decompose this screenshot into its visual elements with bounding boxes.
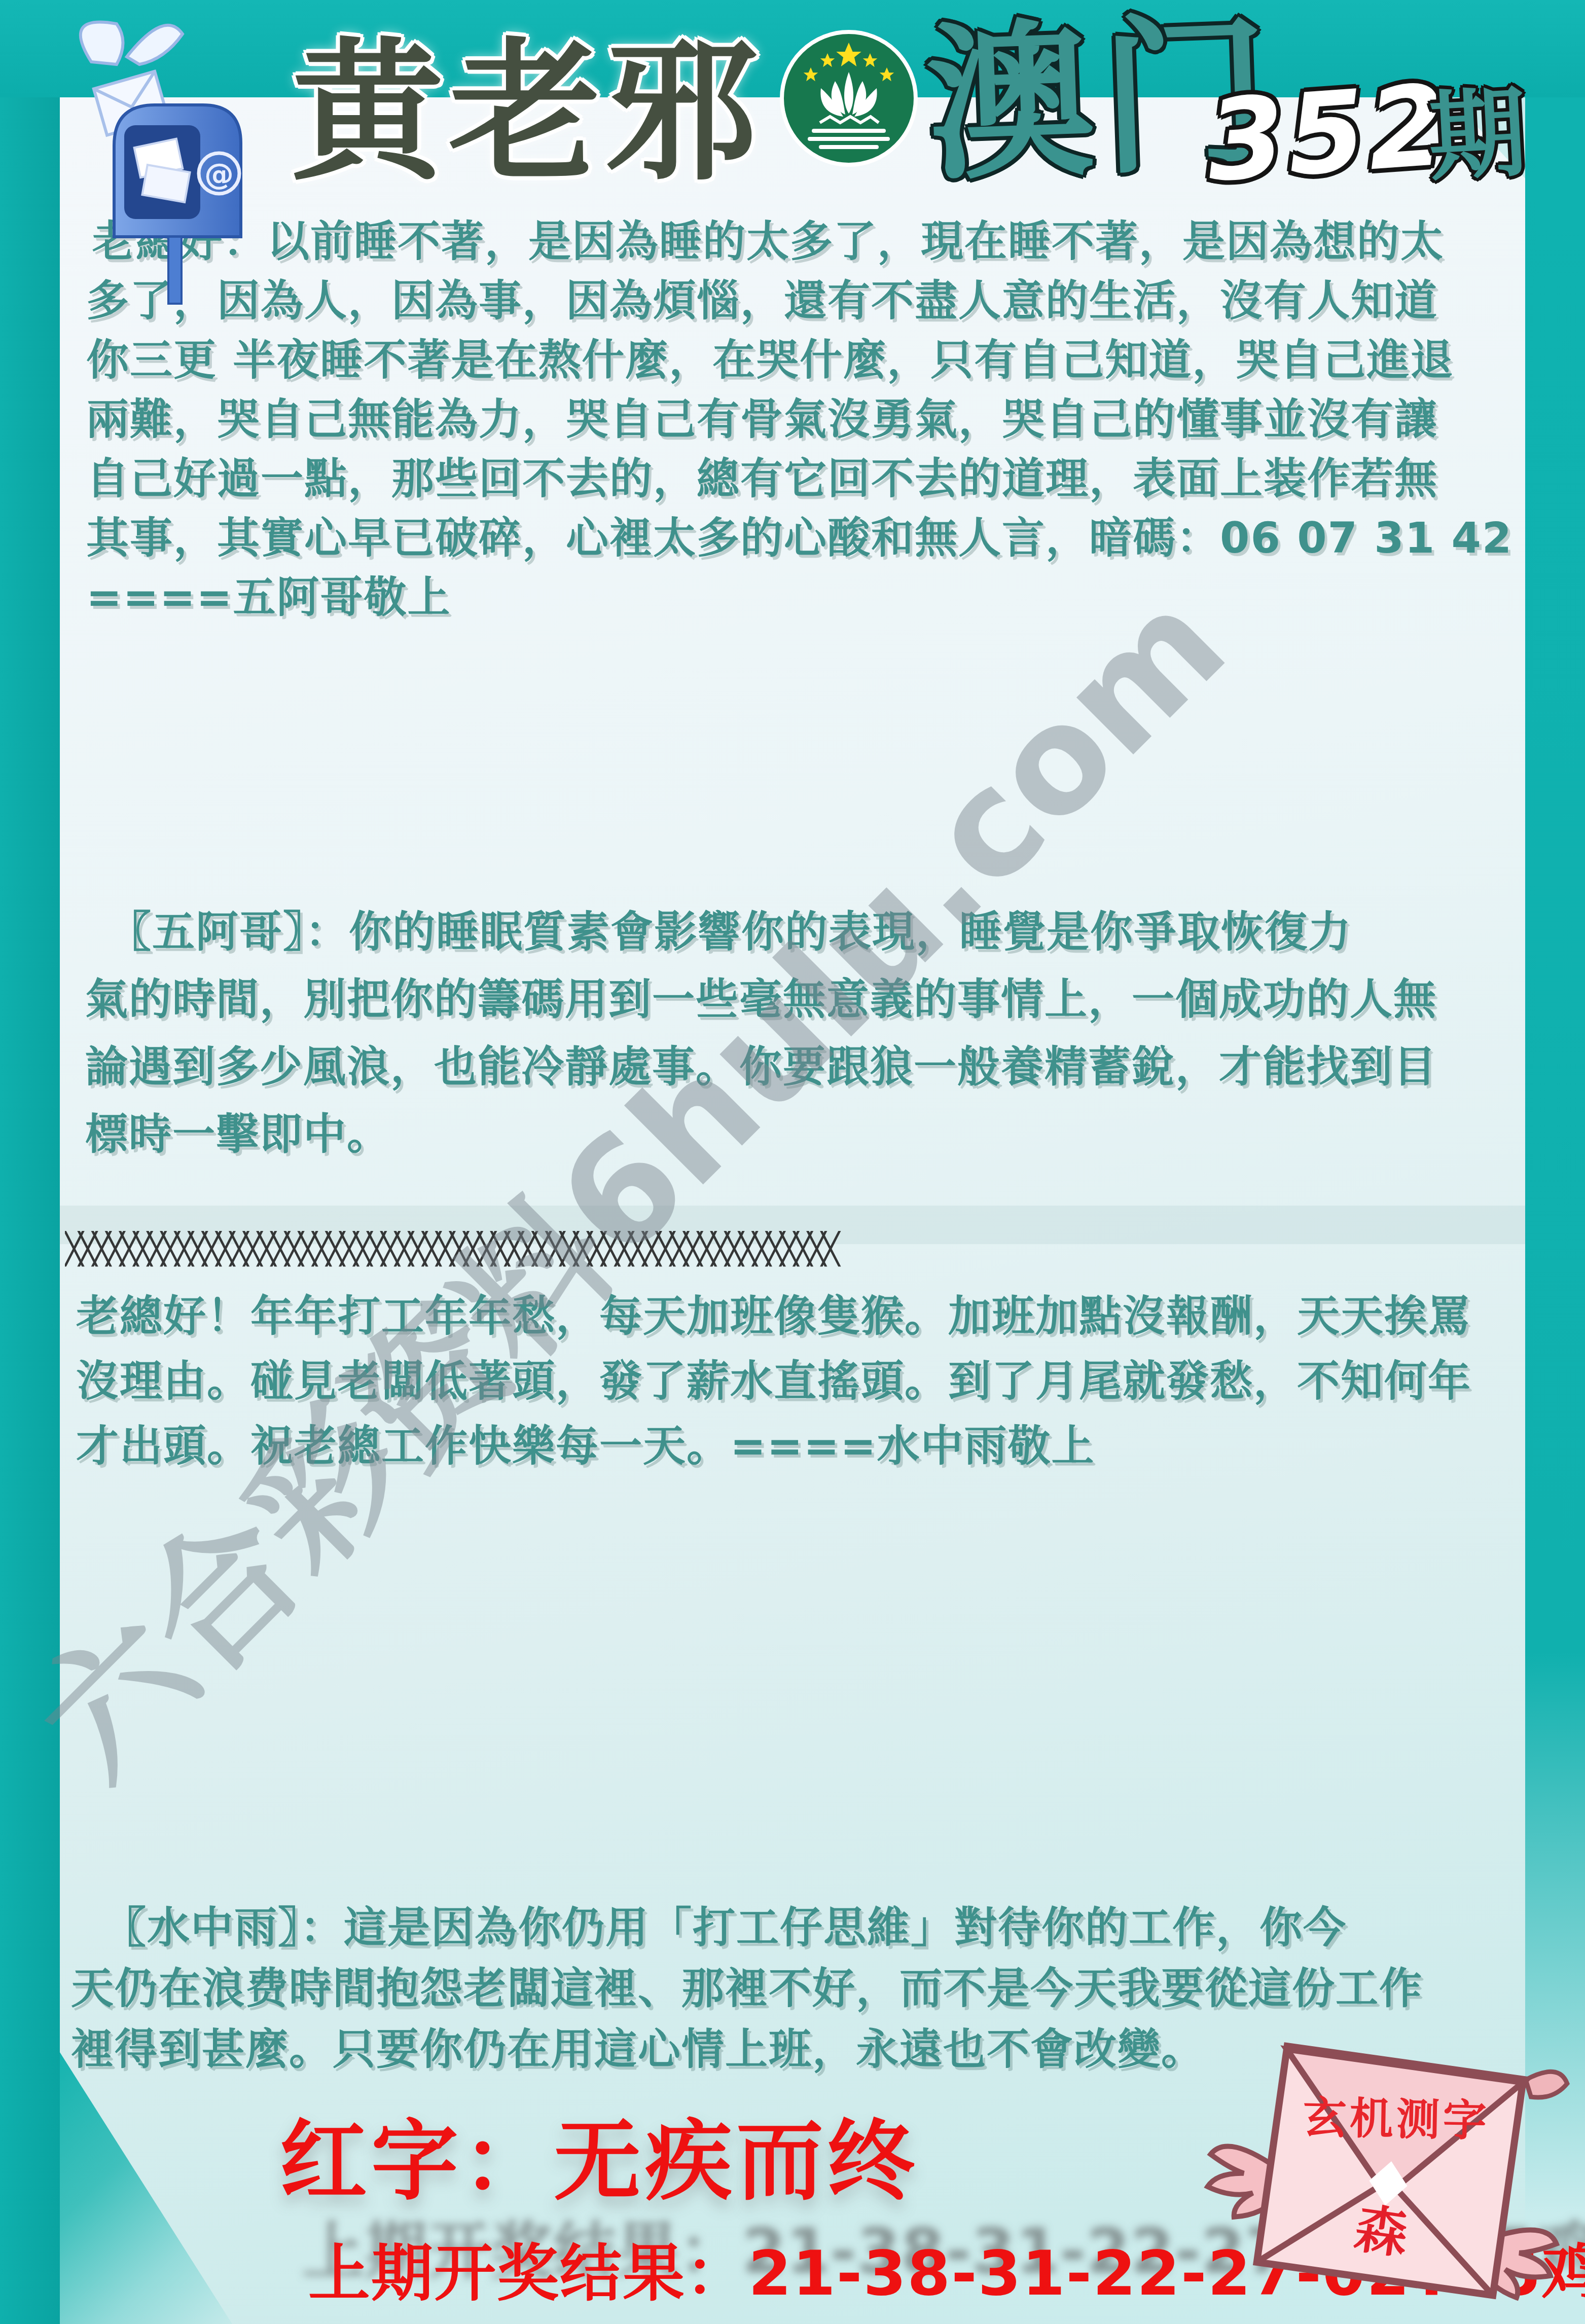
letter-1: 老總好：以前睡不著，是因為睡的太多了，現在睡不著，是因為想的太 多了，因為人，因… [86, 212, 1512, 627]
letter-1-line: 兩難，哭自己無能為力，哭自己有骨氣沒勇氣，哭自己的懂事並沒有讓 [86, 390, 1512, 449]
issue-unit: 期 [1426, 83, 1529, 189]
wing-left [81, 22, 123, 64]
lottery-tip-poster: { "header": { "site_name": "黄老邪", "regio… [0, 0, 1585, 2324]
letter-2-line: 老總好！年年打工年年愁，每天加班像隻猴。加班加點沒報酬，天天挨罵 [76, 1284, 1471, 1349]
letter-1-line: 自己好過一點，那些回不去的，總有它回不去的道理，表面上装作若無 [86, 449, 1512, 509]
stamp-title: 玄机测字 [1303, 2092, 1490, 2146]
stamp-seal: 森 [1351, 2197, 1412, 2266]
left-teal-band [0, 97, 60, 2324]
reply-2-line: 天仍在浪费時間抱怨老闆這裡、那裡不好，而不是今天我要從這份工作 [71, 1958, 1423, 2019]
issue-number: 352 [1203, 67, 1453, 200]
wing-right [127, 25, 183, 64]
macau-emblem-icon [778, 28, 919, 168]
letter-1-line: 你三更 半夜睡不著是在熬什麼，在哭什麼，只有自己知道，哭自己進退 [86, 331, 1512, 390]
letter-1-signature: ====五阿哥敬上 [86, 568, 1512, 627]
winged-mailbox-icon: @ [35, 6, 264, 305]
right-teal-band [1525, 97, 1585, 2257]
site-title: 黄老邪 [292, 29, 763, 197]
at-symbol: @ [204, 157, 234, 192]
red-word-hint: 红字：无疾而终 [280, 2113, 919, 2209]
envelope-hand [1524, 2068, 1569, 2101]
mailbox-pole [168, 237, 182, 304]
letter-1-line: 其事，其實心早已破碎，心裡太多的心酸和無人言，暗碼：06 07 31 42 [86, 509, 1512, 568]
letter-1-line: 老總好：以前睡不著，是因為睡的太多了，現在睡不著，是因為想的太 [86, 212, 1512, 271]
letter-1-line: 多了，因為人，因為事，因為煩惱，還有不盡人意的生活，沒有人知道 [86, 271, 1512, 331]
mystery-envelope-icon: 玄机测字 森 [1186, 2028, 1585, 2324]
reply-2-line: 〖水中雨〗：這是因為你仍用「打工仔思維」對待你的工作，你今 [71, 1897, 1423, 1958]
stitch-divider: ╳╳╳╳╳╳╳╳╳╳╳╳╳╳╳╳╳╳╳╳╳╳╳╳╳╳╳╳╳╳╳╳╳╳╳╳╳╳╳╳… [65, 1229, 1526, 1269]
